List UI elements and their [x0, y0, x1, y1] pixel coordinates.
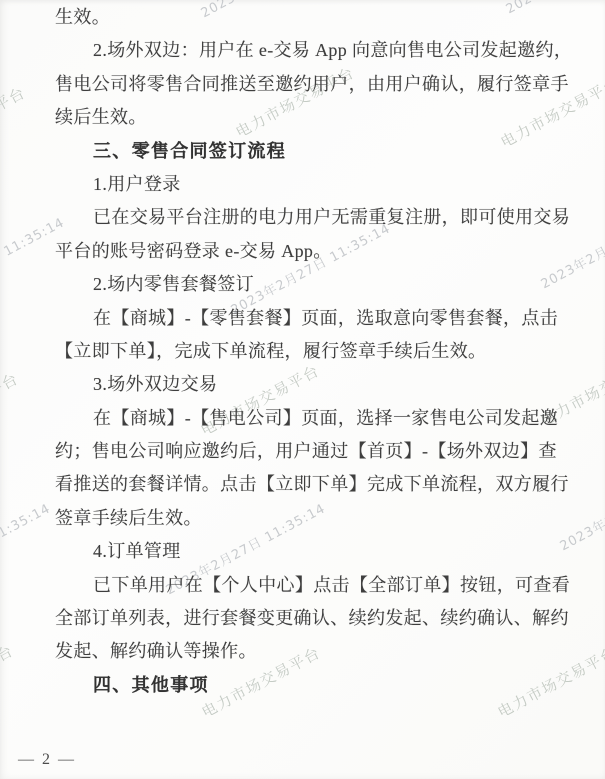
text-line: 2.场外双边：用户在 e-交易 App 向意向售电公司发起邀约， [55, 34, 605, 67]
section-heading: 三、零售合同签订流程 [55, 135, 605, 168]
scanned-document-page: 2023年2月27日 11:35:142023年2月27日 11:35:14电力… [0, 0, 605, 779]
text-line: 已在交易平台注册的电力用户无需重复注册，即可使用交易 [55, 201, 605, 234]
platform-watermark: 电力市场交易平台 [0, 82, 29, 163]
section-heading: 四、其他事项 [55, 669, 605, 702]
text-line: 【立即下单】，完成下单流程，履行签章手续后生效。 [55, 335, 605, 368]
document-content: 生效。2.场外双边：用户在 e-交易 App 向意向售电公司发起邀约，售电公司将… [55, 1, 605, 702]
text-line: 在【商城】-【售电公司】页面，选择一家售电公司发起邀 [55, 402, 605, 435]
text-line: 已下单用户在【个人中心】点击【全部订单】按钮，可查看 [55, 569, 605, 602]
text-line: 2.场内零售套餐签订 [55, 268, 605, 301]
text-line: 看推送的套餐详情。点击【立即下单】完成下单流程，双方履行 [55, 468, 605, 501]
text-line: 4.订单管理 [55, 535, 605, 568]
timestamp-watermark: 2023年2月27日 11:35:14 [0, 498, 53, 599]
text-line: 发起、解约确认等操作。 [55, 635, 605, 668]
text-line: 生效。 [55, 1, 605, 34]
text-line: 在【商城】-【零售套餐】页面，选取意向零售套餐，点击 [55, 302, 605, 335]
text-line: 3.场外双边交易 [55, 368, 605, 401]
text-line: 签章手续后生效。 [55, 502, 605, 535]
platform-watermark: 电力市场交易平台 [0, 368, 22, 449]
text-line: 1.用户登录 [55, 168, 605, 201]
platform-watermark: 电力市场交易平台 [0, 640, 17, 721]
text-line: 约；售电公司响应邀约后，用户通过【首页】-【场外双边】查 [55, 435, 605, 468]
text-line: 平台的账号密码登录 e-交易 App。 [55, 235, 605, 268]
text-line: 全部订单列表，进行套餐变更确认、续约发起、续约确认、解约 [55, 602, 605, 635]
page-number: — 2 — [18, 751, 76, 769]
text-line: 续后生效。 [55, 101, 605, 134]
text-line: 售电公司将零售合同推送至邀约用户，由用户确认，履行签章手 [55, 68, 605, 101]
